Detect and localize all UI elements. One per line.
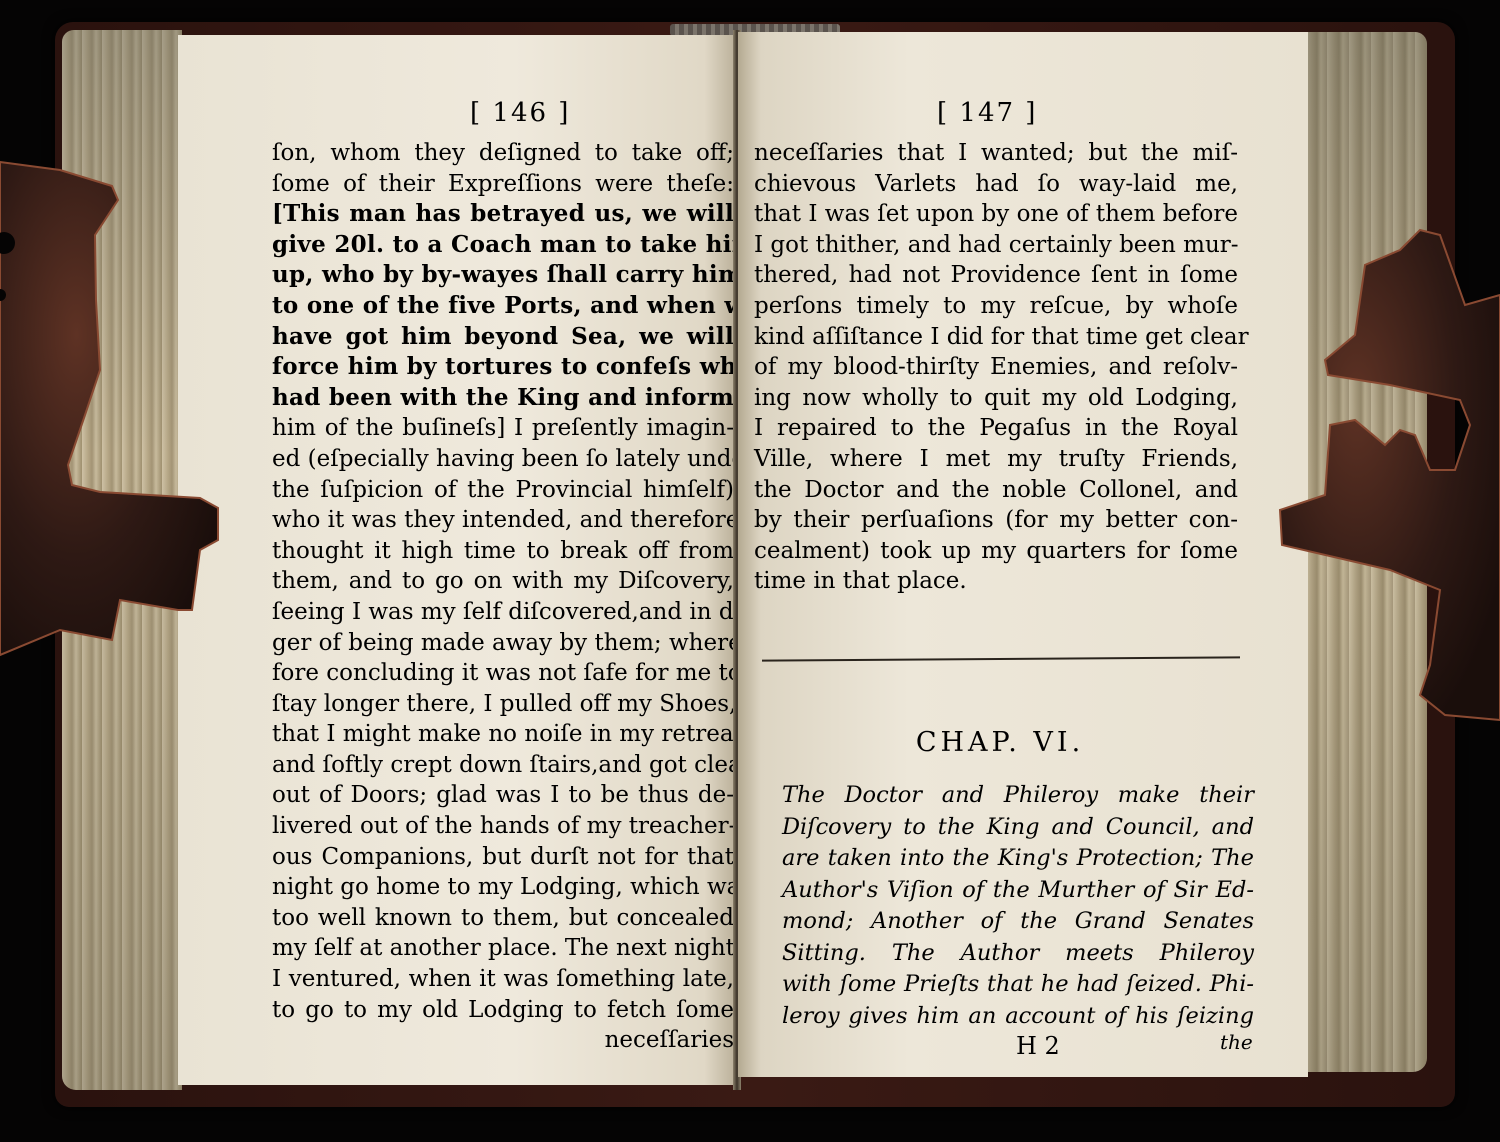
text-line: ous Companions, but durſt not for that xyxy=(272,842,734,873)
text-line: livered out of the hands of my treacher- xyxy=(272,811,734,842)
text-line: I repaired to the Pegaſus in the Royal xyxy=(754,413,1238,444)
text-line: Ville, where I met my truſty Friends, xyxy=(754,444,1238,475)
blackletter-line: to one of the five Ports, and when we xyxy=(272,291,734,322)
text-line: him of the buſineſs] I preſently imagin- xyxy=(272,413,734,444)
left-page-number: [ 146 ] xyxy=(470,98,570,128)
text-line: too well known to them, but concealed xyxy=(272,903,734,934)
right-page-number: [ 147 ] xyxy=(937,98,1037,128)
text-line: thought it high time to break off from xyxy=(272,536,734,567)
text-line: who it was they intended, and therefore xyxy=(272,505,734,536)
text-line: that I might make no noiſe in my retreat… xyxy=(272,719,734,750)
text-line: I ventured, when it was ſomething late, xyxy=(272,964,734,995)
text-line: of my blood-thirſty Enemies, and reſolv- xyxy=(754,352,1238,383)
blackletter-line: have got him beyond Sea, we will xyxy=(272,322,734,353)
signature-mark: H 2 xyxy=(1016,1032,1060,1060)
blackletter-line: up, who by by-wayes ſhall carry him xyxy=(272,260,734,291)
text-line: cealment) took up my quarters for ſome xyxy=(754,536,1238,567)
text-line: ger of being made away by them; where- xyxy=(272,628,734,659)
text-line: out of Doors; glad was I to be thus de- xyxy=(272,780,734,811)
catchword: the xyxy=(1220,1030,1253,1054)
catchword: neceſſaries xyxy=(272,1025,734,1056)
text-line: ſtay longer there, I pulled off my Shoes… xyxy=(272,689,734,720)
chapter-heading: CHAP. VI. xyxy=(760,727,1240,758)
text-line: time in that place. xyxy=(754,566,1238,597)
text-line: the Doctor and the noble Collonel, and xyxy=(754,475,1238,506)
right-page-clamp xyxy=(1270,225,1500,765)
summary-line: are taken into the King's Protection; Th… xyxy=(782,843,1254,875)
text-line: and ſoftly crept down ſtairs,and got cle… xyxy=(272,750,734,781)
text-line: I got thither, and had certainly been mu… xyxy=(754,230,1238,261)
text-line: ed (eſpecially having been ſo lately und… xyxy=(272,444,734,475)
text-line: ſeeing I was my ſelf diſcovered,and in d… xyxy=(272,597,734,628)
text-line: ing now wholly to quit my old Lodging, xyxy=(754,383,1238,414)
text-line: ſon, whom they deſigned to take off; xyxy=(272,138,734,169)
blackletter-line: give 20l. to a Coach man to take him xyxy=(272,230,734,261)
text-line: ſome of their Expreſſions were theſe: xyxy=(272,169,734,200)
summary-line: with ſome Prieſts that he had ſeized. Ph… xyxy=(782,969,1254,1001)
text-line: the ſuſpicion of the Provincial himſelf) xyxy=(272,475,734,506)
right-page-text: neceſſaries that I wanted; but the miſ- … xyxy=(754,138,1238,597)
text-line: night go home to my Lodging, which was xyxy=(272,872,734,903)
summary-line: The Doctor and Phileroy make their xyxy=(782,780,1254,812)
blackletter-line: force him by tortures to confeſs who xyxy=(272,352,734,383)
summary-line: mond; Another of the Grand Senates xyxy=(782,906,1254,938)
text-line: by their perſuaſions (for my better con- xyxy=(754,505,1238,536)
blackletter-line: had been with the King and informed xyxy=(272,383,734,414)
text-line: neceſſaries that I wanted; but the miſ- xyxy=(754,138,1238,169)
text-line: chievous Varlets had ſo way-laid me, xyxy=(754,169,1238,200)
text-line: perſons timely to my reſcue, by whoſe xyxy=(754,291,1238,322)
text-line: my ſelf at another place. The next night xyxy=(272,933,734,964)
chapter-summary: The Doctor and Phileroy make their Diſco… xyxy=(782,780,1254,1032)
left-page-text: ſon, whom they deſigned to take off; ſom… xyxy=(272,138,734,1056)
summary-line: Author's Viſion of the Murther of Sir Ed… xyxy=(782,875,1254,907)
text-line: that I was ſet upon by one of them befor… xyxy=(754,199,1238,230)
blackletter-line: [This man has betrayed us, we will xyxy=(272,199,734,230)
text-line: to go to my old Lodging to fetch ſome xyxy=(272,995,734,1026)
summary-line: Sitting. The Author meets Phileroy xyxy=(782,938,1254,970)
summary-line: Diſcovery to the King and Council, and xyxy=(782,812,1254,844)
summary-line: leroy gives him an account of his ſeizin… xyxy=(782,1001,1254,1033)
text-line: thered, had not Providence ſent in ſome xyxy=(754,260,1238,291)
text-line: kind aſſiſtance I did for that time get … xyxy=(754,322,1238,353)
text-line: fore concluding it was not ſafe for me t… xyxy=(272,658,734,689)
left-page-clamp xyxy=(0,140,230,700)
text-line: them, and to go on with my Diſcovery, xyxy=(272,566,734,597)
